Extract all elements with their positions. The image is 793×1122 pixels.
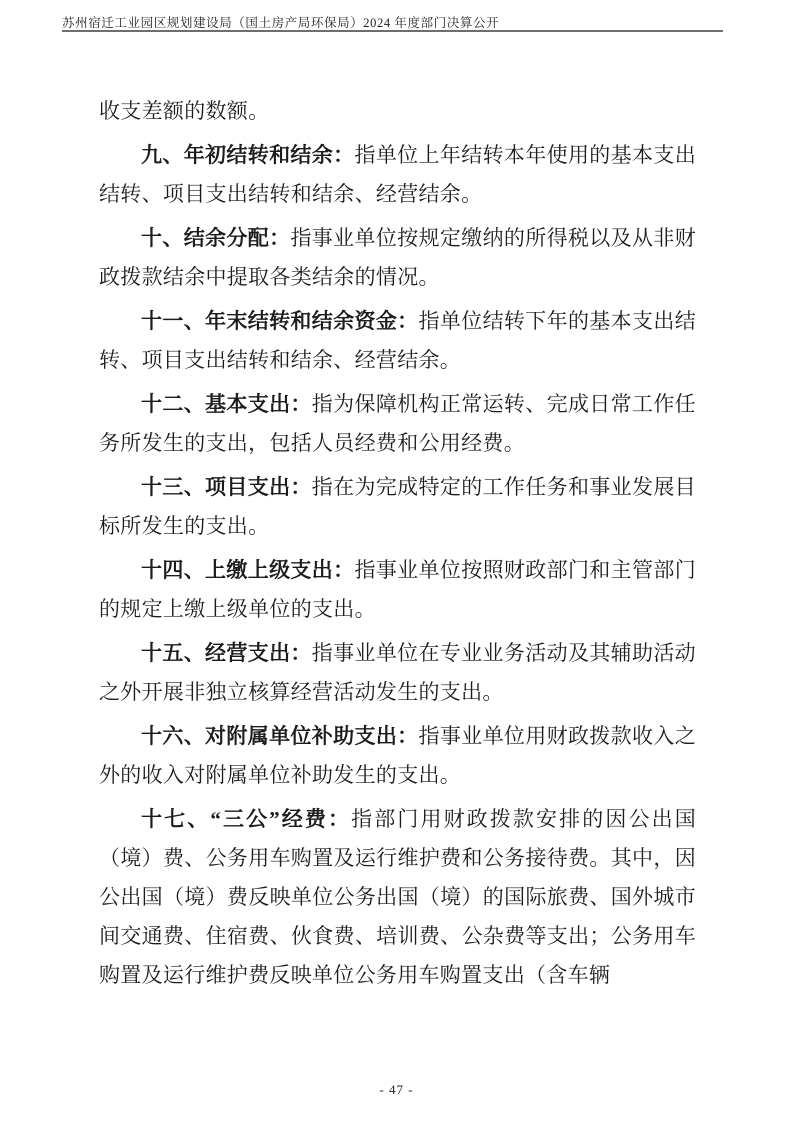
paragraph-continuation: 收支差额的数额。	[99, 92, 696, 131]
definition-term: 十五、经营支出：	[141, 641, 312, 665]
definition-term: 十六、对附属单位补助支出：	[141, 724, 419, 748]
definition-term: 十七、“三公”经费：	[141, 807, 351, 831]
definition-term: 十四、上缴上级支出：	[141, 558, 354, 582]
header-divider	[62, 30, 723, 32]
definition-term: 十、结余分配：	[141, 226, 290, 250]
page-number: - 47 -	[0, 1082, 793, 1098]
definition-term: 九、年初结转和结余：	[141, 143, 354, 167]
paragraph-definition-14: 十四、上缴上级支出：指事业单位按照财政部门和主管部门的规定上缴上级单位的支出。	[99, 551, 696, 629]
definition-text: 指部门用财政拨款安排的因公出国（境）费、公务用车购置及运行维护费和公务接待费。其…	[99, 807, 696, 987]
paragraph-definition-15: 十五、经营支出：指事业单位在专业业务活动及其辅助活动之外开展非独立核算经营活动发…	[99, 634, 696, 712]
paragraph-definition-9: 九、年初结转和结余：指单位上年结转本年使用的基本支出结转、项目支出结转和结余、经…	[99, 136, 696, 214]
paragraph-definition-16: 十六、对附属单位补助支出：指事业单位用财政拨款收入之外的收入对附属单位补助发生的…	[99, 717, 696, 795]
paragraph-definition-10: 十、结余分配：指事业单位按规定缴纳的所得税以及从非财政拨款结余中提取各类结余的情…	[99, 219, 696, 297]
definition-term: 十一、年末结转和结余资金：	[141, 309, 419, 333]
paragraph-definition-12: 十二、基本支出：指为保障机构正常运转、完成日常工作任务所发生的支出，包括人员经费…	[99, 385, 696, 463]
paragraph-definition-17: 十七、“三公”经费：指部门用财政拨款安排的因公出国（境）费、公务用车购置及运行维…	[99, 800, 696, 995]
paragraph-definition-13: 十三、项目支出：指在为完成特定的工作任务和事业发展目标所发生的支出。	[99, 468, 696, 546]
page-header-title: 苏州宿迁工业园区规划建设局（国土房产局环保局）2024 年度部门决算公开	[62, 13, 499, 31]
document-page: 苏州宿迁工业园区规划建设局（国土房产局环保局）2024 年度部门决算公开 收支差…	[0, 0, 793, 1122]
definition-term: 十二、基本支出：	[141, 392, 312, 416]
document-body: 收支差额的数额。 九、年初结转和结余：指单位上年结转本年使用的基本支出结转、项目…	[99, 92, 696, 1000]
definition-term: 十三、项目支出：	[141, 475, 312, 499]
paragraph-definition-11: 十一、年末结转和结余资金：指单位结转下年的基本支出结转、项目支出结转和结余、经营…	[99, 302, 696, 380]
